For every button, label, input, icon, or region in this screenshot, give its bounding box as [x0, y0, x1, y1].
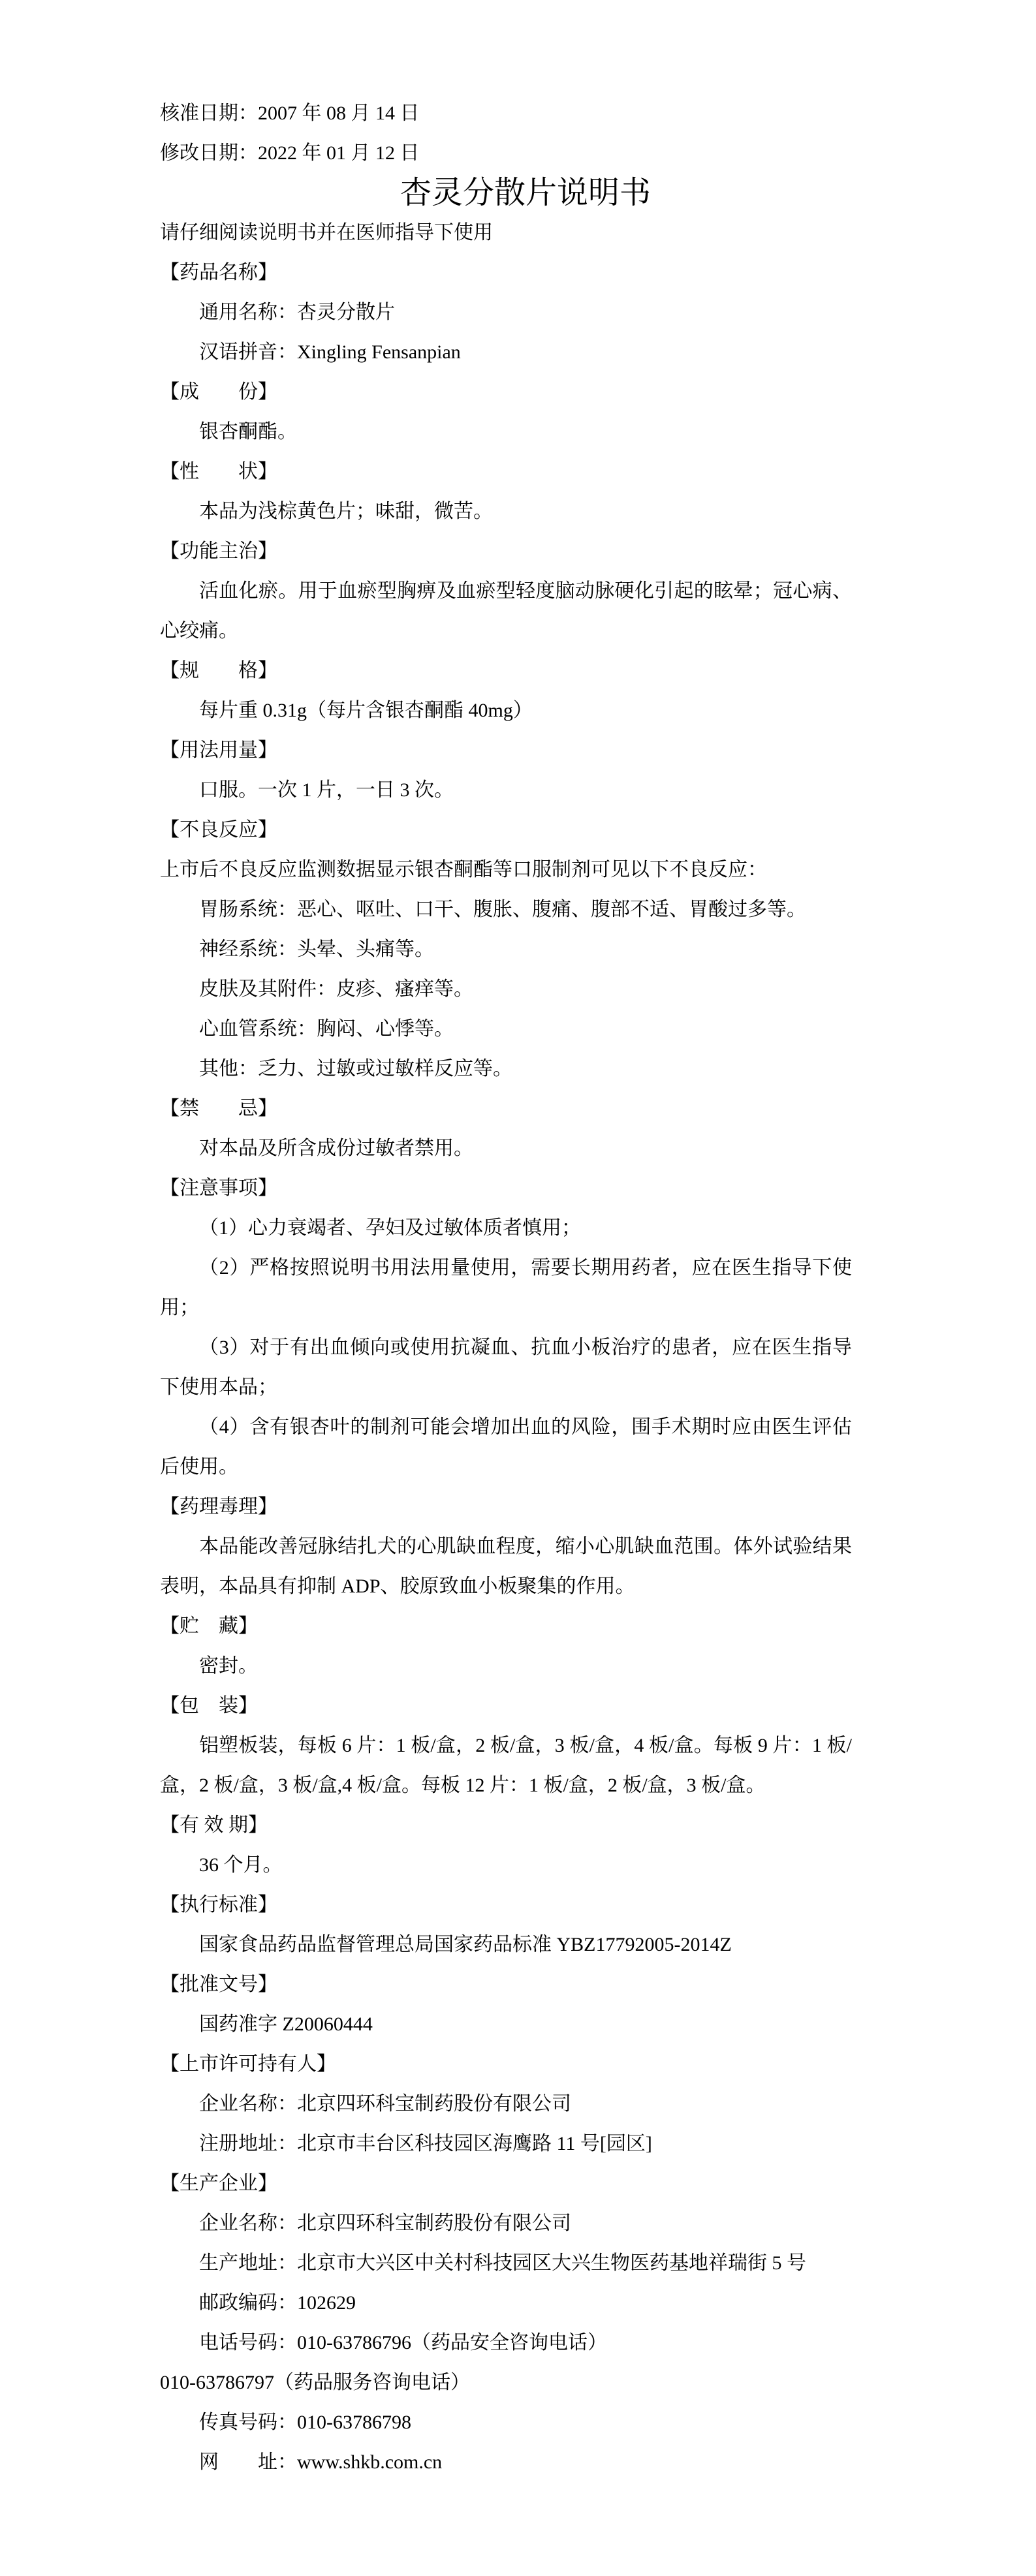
section-heading-standard: 【执行标准】 — [160, 1885, 852, 1925]
section-heading-manufacturer: 【生产企业】 — [160, 2164, 852, 2203]
section-storage: 【贮 藏】 密封。 — [160, 1606, 852, 1686]
section-heading-strength: 【规 格】 — [160, 651, 852, 691]
section-adverse-reactions: 【不良反应】 上市后不良反应监测数据显示银杏酮酯等口服制剂可见以下不良反应： 胃… — [160, 810, 852, 1089]
section-ingredients: 【成 份】 银杏酮酯。 — [160, 372, 852, 452]
para-adr-other: 其他：乏力、过敏或过敏样反应等。 — [160, 1049, 852, 1089]
revision-date-line: 修改日期：2022 年 01 月 12 日 — [160, 133, 852, 173]
para-pharmacology: 本品能改善冠脉结扎犬的心肌缺血程度，缩小心肌缺血范围。体外试验结果表明，本品具有… — [160, 1527, 852, 1606]
section-heading-pharmacology: 【药理毒理】 — [160, 1487, 852, 1527]
para-generic-name: 通用名称：杏灵分散片 — [160, 292, 852, 332]
approval-date-line: 核准日期：2007 年 08 月 14 日 — [160, 93, 852, 133]
para-precaution-4: （4）含有银杏叶的制剂可能会增加出血的风险，围手术期时应由医生评估后使用。 — [160, 1407, 852, 1487]
para-manufacturer-address: 生产地址：北京市大兴区中关村科技园区大兴生物医药基地祥瑞街 5 号 — [160, 2243, 852, 2283]
para-precaution-1: （1）心力衰竭者、孕妇及过敏体质者慎用； — [160, 1208, 852, 1248]
para-adr-skin: 皮肤及其附件：皮疹、瘙痒等。 — [160, 969, 852, 1009]
drug-leaflet-page: 核准日期：2007 年 08 月 14 日 修改日期：2022 年 01 月 1… — [0, 0, 1036, 2576]
section-approval-number: 【批准文号】 国药准字 Z20060444 — [160, 1964, 852, 2044]
section-heading-approval-number: 【批准文号】 — [160, 1964, 852, 2004]
section-contraindications: 【禁 忌】 对本品及所含成份过敏者禁用。 — [160, 1089, 852, 1168]
section-heading-functions: 【功能主治】 — [160, 531, 852, 571]
section-heading-mah: 【上市许可持有人】 — [160, 2044, 852, 2084]
para-manufacturer-name: 企业名称：北京四环科宝制药股份有限公司 — [160, 2203, 852, 2243]
para-package: 铝塑板装，每板 6 片：1 板/盒，2 板/盒，3 板/盒，4 板/盒。每板 9… — [160, 1726, 852, 1805]
section-package: 【包 装】 铝塑板装，每板 6 片：1 板/盒，2 板/盒，3 板/盒，4 板/… — [160, 1686, 852, 1805]
para-ingredients: 银杏酮酯。 — [160, 412, 852, 452]
section-precautions: 【注意事项】 （1）心力衰竭者、孕妇及过敏体质者慎用； （2）严格按照说明书用法… — [160, 1168, 852, 1487]
section-standard: 【执行标准】 国家食品药品监督管理总局国家药品标准 YBZ17792005-20… — [160, 1885, 852, 1964]
para-phone-2: 010-63786797（药品服务咨询电话） — [160, 2363, 852, 2402]
para-precaution-3: （3）对于有出血倾向或使用抗凝血、抗血小板治疗的患者，应在医生指导下使用本品； — [160, 1327, 852, 1407]
section-heading-dosage: 【用法用量】 — [160, 730, 852, 770]
para-precaution-2: （2）严格按照说明书用法用量使用，需要长期用药者，应在医生指导下使用； — [160, 1248, 852, 1327]
section-pharmacology: 【药理毒理】 本品能改善冠脉结扎犬的心肌缺血程度，缩小心肌缺血范围。体外试验结果… — [160, 1487, 852, 1606]
section-heading-package: 【包 装】 — [160, 1686, 852, 1726]
para-mah-name: 企业名称：北京四环科宝制药股份有限公司 — [160, 2084, 852, 2124]
para-description: 本品为浅棕黄色片；味甜，微苦。 — [160, 491, 852, 531]
para-fax: 传真号码：010-63786798 — [160, 2402, 852, 2442]
section-drug-name: 【药品名称】 通用名称：杏灵分散片 汉语拼音：Xingling Fensanpi… — [160, 253, 852, 372]
section-dosage: 【用法用量】 口服。一次 1 片，一日 3 次。 — [160, 730, 852, 810]
para-mah-address: 注册地址：北京市丰台区科技园区海鹰路 11 号[园区] — [160, 2124, 852, 2164]
para-standard: 国家食品药品监督管理总局国家药品标准 YBZ17792005-2014Z — [160, 1925, 852, 1964]
para-website: 网 址：www.shkb.com.cn — [160, 2442, 852, 2482]
para-postcode: 邮政编码：102629 — [160, 2283, 852, 2323]
para-adr-intro: 上市后不良反应监测数据显示银杏酮酯等口服制剂可见以下不良反应： — [160, 850, 852, 890]
para-adr-cardio: 心血管系统：胸闷、心悸等。 — [160, 1009, 852, 1049]
section-description: 【性 状】 本品为浅棕黄色片；味甜，微苦。 — [160, 452, 852, 531]
para-adr-nervous: 神经系统：头晕、头痛等。 — [160, 929, 852, 969]
section-functions: 【功能主治】 活血化瘀。用于血瘀型胸痹及血瘀型轻度脑动脉硬化引起的眩晕；冠心病、… — [160, 531, 852, 651]
section-manufacturer: 【生产企业】 企业名称：北京四环科宝制药股份有限公司 生产地址：北京市大兴区中关… — [160, 2164, 852, 2482]
section-validity: 【有 效 期】 36 个月。 — [160, 1805, 852, 1885]
section-heading-storage: 【贮 藏】 — [160, 1606, 852, 1646]
section-heading-drug-name: 【药品名称】 — [160, 253, 852, 292]
para-functions: 活血化瘀。用于血瘀型胸痹及血瘀型轻度脑动脉硬化引起的眩晕；冠心病、心绞痛。 — [160, 571, 852, 651]
section-strength: 【规 格】 每片重 0.31g（每片含银杏酮酯 40mg） — [160, 651, 852, 730]
para-validity: 36 个月。 — [160, 1845, 852, 1885]
leaflet-body: 核准日期：2007 年 08 月 14 日 修改日期：2022 年 01 月 1… — [160, 93, 852, 2482]
section-heading-adverse-reactions: 【不良反应】 — [160, 810, 852, 850]
para-contraindications: 对本品及所含成份过敏者禁用。 — [160, 1128, 852, 1168]
para-dosage: 口服。一次 1 片，一日 3 次。 — [160, 770, 852, 810]
section-marketing-authorization-holder: 【上市许可持有人】 企业名称：北京四环科宝制药股份有限公司 注册地址：北京市丰台… — [160, 2044, 852, 2164]
para-phone: 电话号码：010-63786796（药品安全咨询电话） — [160, 2323, 852, 2363]
para-strength: 每片重 0.31g（每片含银杏酮酯 40mg） — [160, 691, 852, 730]
document-title: 杏灵分散片说明书 — [160, 173, 891, 213]
section-heading-description: 【性 状】 — [160, 452, 852, 491]
para-approval-number: 国药准字 Z20060444 — [160, 2004, 852, 2044]
section-heading-validity: 【有 效 期】 — [160, 1805, 852, 1845]
section-heading-contraindications: 【禁 忌】 — [160, 1089, 852, 1128]
para-storage: 密封。 — [160, 1646, 852, 1686]
section-heading-ingredients: 【成 份】 — [160, 372, 852, 412]
section-heading-precautions: 【注意事项】 — [160, 1168, 852, 1208]
para-pinyin-name: 汉语拼音：Xingling Fensanpian — [160, 332, 852, 372]
usage-notice: 请仔细阅读说明书并在医师指导下使用 — [160, 213, 852, 253]
para-adr-gastro: 胃肠系统：恶心、呕吐、口干、腹胀、腹痛、腹部不适、胃酸过多等。 — [160, 890, 852, 929]
